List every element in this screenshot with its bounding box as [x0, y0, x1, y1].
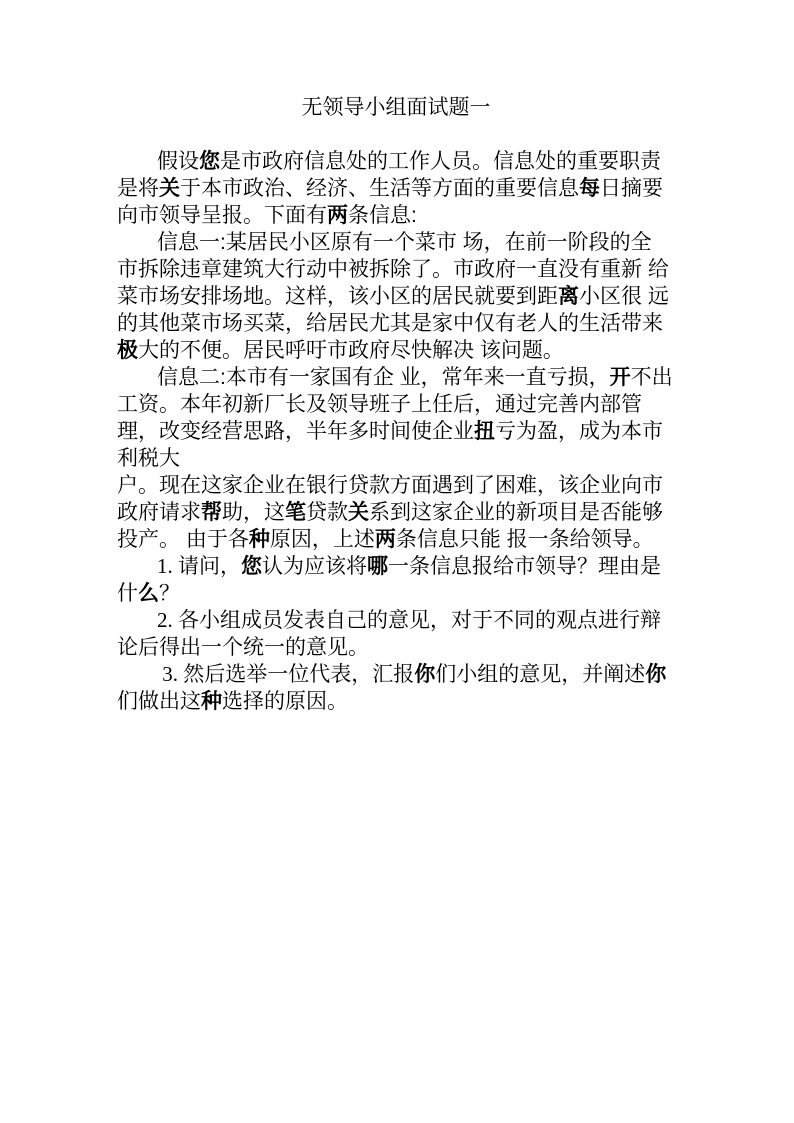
text-run-bold: 两	[327, 204, 348, 227]
text-line: 政府请求帮助，这笔贷款关系到这家企业的新项目是否能够	[117, 499, 709, 526]
text-line: 们做出这种选择的原因。	[117, 688, 709, 715]
text-run: 不出	[631, 366, 673, 389]
list-number: 2.	[157, 608, 178, 632]
text-run: 条信息只能 报一条给领导。	[396, 528, 654, 551]
document-title: 无领导小组面试题一	[100, 94, 692, 121]
text-run: 的其他菜市场买菜，给居民尤其是家中仅有老人的生活带来	[117, 312, 663, 335]
text-line-question-1: 1. 请问，您认为应该将哪一条信息报给市领导？理由是	[117, 553, 709, 580]
text-run-bold: 开	[610, 366, 631, 389]
text-run: 大的不便。居民呼吁市政府尽快解决 该问题。	[138, 339, 564, 362]
text-run-bold: 离	[558, 285, 579, 308]
list-number: 1.	[157, 554, 178, 578]
text-line: 市拆除违章建筑大行动中被拆除了。市政府一直没有重新 给	[117, 256, 709, 283]
text-run: 们小组的意见，并阐述	[435, 663, 645, 686]
text-run-bold: 么	[138, 582, 159, 605]
text-run: 小区很 远	[579, 285, 669, 308]
text-run-bold: 您	[241, 555, 262, 578]
text-run: 一条信息报给市领导？理由是	[388, 555, 661, 578]
text-run: 假设	[157, 150, 199, 173]
text-line-question-2: 2. 各小组成员发表自己的意见，对于不同的观点进行辩	[117, 607, 709, 634]
text-run-bold: 极	[117, 339, 138, 362]
text-line: 利税大	[117, 445, 709, 472]
text-run: ？	[159, 582, 180, 605]
text-line: 向市领导呈报。下面有两条信息:	[117, 202, 709, 229]
text-line: 投产。 由于各种原因，上述两条信息只能 报一条给领导。	[117, 526, 709, 553]
text-run-bold: 帮	[201, 501, 222, 524]
text-run: 信息二:本市有一家国有企 业，常年来一直亏损，	[157, 366, 610, 389]
text-run-bold: 你	[414, 663, 435, 686]
text-run: 政府请求	[117, 501, 201, 524]
text-run-bold: 你	[645, 663, 666, 686]
text-run: 向市领导呈报。下面有	[117, 204, 327, 227]
text-line: 信息一:某居民小区原有一个菜市 场，在前一阶段的全	[117, 229, 709, 256]
text-line: 的其他菜市场买菜，给居民尤其是家中仅有老人的生活带来	[117, 310, 709, 337]
text-run-bold: 笔	[285, 501, 306, 524]
text-run: 选择的原因。	[222, 690, 348, 713]
text-run: 请问，	[178, 555, 241, 578]
text-run: 投产。 由于各	[117, 528, 249, 551]
text-line: 信息二:本市有一家国有企 业，常年来一直亏损，开不出	[117, 364, 709, 391]
text-run: 于本市政治、经济、生活等方面的重要信息	[180, 177, 579, 200]
text-run: 们做出这	[117, 690, 201, 713]
text-run-bold: 扭	[474, 420, 495, 443]
text-run: 是市政府信息处的工作人员。信息处的重要职责	[220, 150, 661, 173]
text-run: 日摘要	[600, 177, 663, 200]
list-number: 3.	[157, 662, 183, 686]
text-line: 工资。本年初新厂长及领导班子上任后，通过完善内部管	[117, 391, 709, 418]
text-run-bold: 种	[201, 690, 222, 713]
text-line: 极大的不便。居民呼吁市政府尽快解决 该问题。	[117, 337, 709, 364]
text-run: 利税大	[117, 447, 180, 470]
text-run-bold: 关	[159, 177, 180, 200]
text-run: 原因，上述	[270, 528, 375, 551]
text-run: 菜市场安排场地。这样，该小区的居民就要到距	[117, 285, 558, 308]
text-run: 系到这家企业的新项目是否能够	[369, 501, 663, 524]
text-run: 信息一:某居民小区原有一个菜市 场，在前一阶段的全	[157, 231, 652, 254]
text-line-question-3: 3. 然后选举一位代表，汇报你们小组的意见，并阐述你	[117, 661, 709, 688]
document-page: 无领导小组面试题一 假设您是市政府信息处的工作人员。信息处的重要职责 是将关于本…	[117, 94, 709, 715]
text-line: 户。现在这家企业在银行贷款方面遇到了困难，该企业向市	[117, 472, 709, 499]
text-line: 论后得出一个统一的意见。	[117, 634, 709, 661]
text-run-bold: 每	[579, 177, 600, 200]
text-line: 是将关于本市政治、经济、生活等方面的重要信息每日摘要	[117, 175, 709, 202]
text-line: 菜市场安排场地。这样，该小区的居民就要到距离小区很 远	[117, 283, 709, 310]
text-run: 市拆除违章建筑大行动中被拆除了。市政府一直没有重新 给	[117, 258, 669, 281]
text-line: 假设您是市政府信息处的工作人员。信息处的重要职责	[117, 148, 709, 175]
text-run: 贷款	[306, 501, 348, 524]
text-line: 什么？	[117, 580, 709, 607]
text-run-bold: 关	[348, 501, 369, 524]
text-run: 各小组成员发表自己的意见，对于不同的观点进行辩	[178, 609, 661, 632]
text-run: 论后得出一个统一的意见。	[117, 636, 369, 659]
text-run: 什	[117, 582, 138, 605]
text-run: 是将	[117, 177, 159, 200]
text-run: 理，改变经营思路，半年多时间使企业	[117, 420, 474, 443]
text-run: 条信息:	[348, 204, 417, 227]
text-run: 工资。本年初新厂长及领导班子上任后，通过完善内部管	[117, 393, 642, 416]
text-run: 户。现在这家企业在银行贷款方面遇到了困难，该企业向市	[117, 474, 663, 497]
text-run: 助，这	[222, 501, 285, 524]
text-run: 然后选举一位代表，汇报	[183, 663, 414, 686]
text-run-bold: 您	[199, 150, 220, 173]
text-line: 理，改变经营思路，半年多时间使企业扭亏为盈，成为本市	[117, 418, 709, 445]
text-run-bold: 哪	[367, 555, 388, 578]
text-run: 认为应该将	[262, 555, 367, 578]
text-run-bold: 两	[375, 528, 396, 551]
document-body: 假设您是市政府信息处的工作人员。信息处的重要职责 是将关于本市政治、经济、生活等…	[117, 148, 709, 715]
text-run-bold: 种	[249, 528, 270, 551]
text-run: 亏为盈，成为本市	[495, 420, 663, 443]
